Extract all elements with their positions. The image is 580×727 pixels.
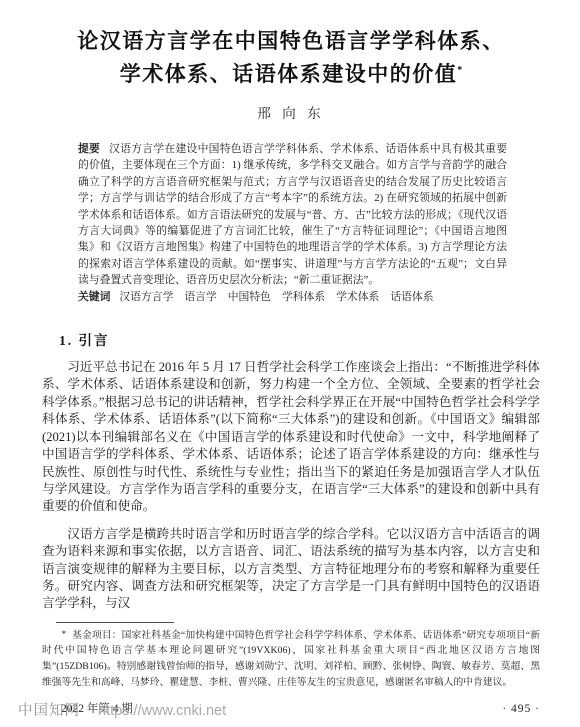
- keyword-item: 学科体系: [282, 291, 325, 303]
- page-number: · 495 ·: [502, 703, 540, 715]
- abstract: 提要汉语方言学在建设中国特色语言学学科体系、学术体系、话语体系中具有极其重要的价…: [78, 141, 507, 289]
- keyword-item: 汉语方言学: [119, 291, 173, 303]
- keyword-item: 话语体系: [390, 291, 433, 303]
- title-footnote-marker: *: [457, 65, 462, 76]
- article-title-line2-text: 学术体系、话语体系建设中的价值: [120, 62, 458, 86]
- footnote-separator: [56, 622, 174, 623]
- funding-footnote: *基金项目：国家社科基金“加快构建中国特色哲学社会科学学科体系、学术体系、话语体…: [42, 628, 540, 690]
- keyword-item: 中国特色: [228, 291, 271, 303]
- abstract-text: 汉语方言学在建设中国特色语言学学科体系、学术体系、话语体系中具有极其重要的价值，…: [78, 143, 507, 286]
- cnki-url-link[interactable]: https://www.cnki.net: [98, 703, 226, 719]
- abstract-label: 提要: [78, 143, 100, 155]
- cnki-brand: 中国知网: [18, 699, 80, 720]
- keyword-item: 学术体系: [336, 291, 379, 303]
- footnote-marker: *: [62, 629, 67, 639]
- body-paragraph-2: 汉语方言学是横跨共时语言学和历时语言学的综合学科。它以汉语方言中活语言的调查为语…: [42, 526, 540, 613]
- body-paragraph-1: 习近平总书记在 2016 年 5 月 17 日哲学社会科学工作座谈会上指出：“不…: [42, 359, 540, 516]
- section-heading-introduction: 1. 引言: [59, 329, 540, 349]
- footnote-text: 基金项目：国家社科基金“加快构建中国特色哲学社会科学学科体系、学术体系、话语体系…: [42, 630, 540, 688]
- page-content: 论汉语方言学在中国特色语言学学科体系、 学术体系、话语体系建设中的价值* 邢 向…: [0, 0, 580, 716]
- keywords-row: 关键词汉语方言学语言学中国特色学科体系学术体系话语体系: [78, 289, 507, 305]
- cnki-watermark: 中国知网 https://www.cnki.net: [18, 699, 226, 720]
- keywords-label: 关键词: [78, 291, 110, 303]
- article-title: 论汉语方言学在中国特色语言学学科体系、 学术体系、话语体系建设中的价值*: [42, 26, 540, 89]
- author-name: 邢 向 东: [42, 102, 540, 122]
- keyword-item: 语言学: [184, 291, 216, 303]
- journal-page: 论汉语方言学在中国特色语言学学科体系、 学术体系、话语体系建设中的价值* 邢 向…: [0, 0, 580, 727]
- keywords-list: 汉语方言学语言学中国特色学科体系学术体系话语体系: [119, 291, 433, 303]
- article-title-line2: 学术体系、话语体系建设中的价值*: [42, 56, 540, 89]
- article-title-line1: 论汉语方言学在中国特色语言学学科体系、: [42, 26, 540, 56]
